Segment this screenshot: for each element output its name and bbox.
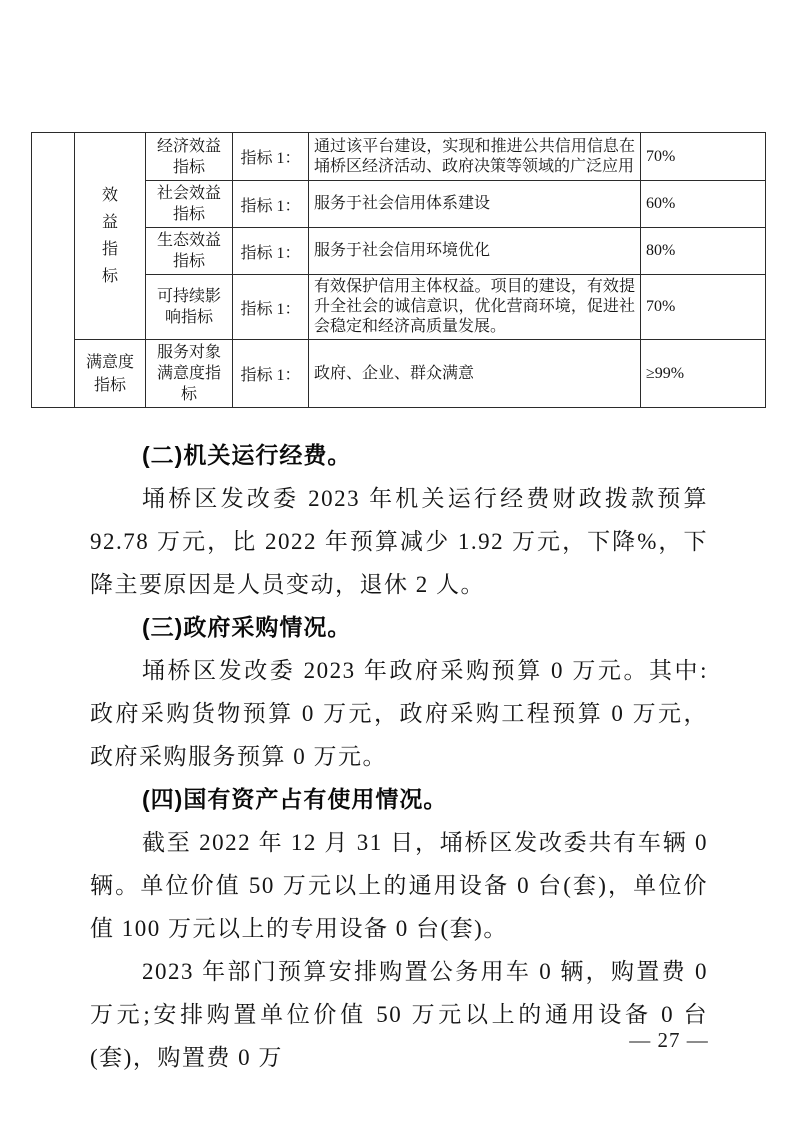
table-cell-value: 70% — [641, 133, 766, 181]
table-cell-value: 80% — [641, 228, 766, 275]
section-2-paragraph: 埇桥区发改委 2023 年机关运行经费财政拨款预算 92.78 万元，比 202… — [90, 477, 708, 606]
table-row: 效益指标 经济效益指标 指标 1： 通过该平台建设，实现和推进公共信用信息在埇桥… — [32, 133, 766, 181]
section-4-paragraph-1: 截至 2022 年 12 月 31 日，埇桥区发改委共有车辆 0 辆。单位价值 … — [90, 821, 708, 950]
table-cell-category: 可持续影响指标 — [146, 275, 233, 340]
table-row: 满意度指标 服务对象满意度指标 指标 1： 政府、企业、群众满意 ≥99% — [32, 340, 766, 408]
table-cell-value: 70% — [641, 275, 766, 340]
table-cell-category: 社会效益指标 — [146, 181, 233, 228]
performance-table: 效益指标 经济效益指标 指标 1： 通过该平台建设，实现和推进公共信用信息在埇桥… — [31, 132, 766, 408]
table-cell-value: ≥99% — [641, 340, 766, 408]
table-cell-blank-continuation — [32, 133, 75, 408]
benefit-group-label: 效益指标 — [101, 182, 119, 290]
satisfaction-group-label: 满意度指标 — [84, 351, 137, 397]
table-cell-indicator: 指标 1： — [233, 133, 309, 181]
document-body: (二)机关运行经费。 埇桥区发改委 2023 年机关运行经费财政拨款预算 92.… — [90, 434, 708, 1079]
document-page: 效益指标 经济效益指标 指标 1： 通过该平台建设，实现和推进公共信用信息在埇桥… — [0, 0, 793, 1122]
section-4-paragraph-2: 2023 年部门预算安排购置公务用车 0 辆，购置费 0 万元;安排购置单位价值… — [90, 950, 708, 1079]
table-cell-indicator: 指标 1： — [233, 228, 309, 275]
table-cell-satisfaction-group: 满意度指标 — [75, 340, 146, 408]
table-cell-description: 通过该平台建设，实现和推进公共信用信息在埇桥区经济活动、政府决策等领域的广泛应用 — [309, 133, 641, 181]
table-cell-benefit-group: 效益指标 — [75, 133, 146, 340]
section-heading-2: (二)机关运行经费。 — [90, 434, 708, 477]
table-cell-description: 政府、企业、群众满意 — [309, 340, 641, 408]
table-cell-category: 生态效益指标 — [146, 228, 233, 275]
table-cell-indicator: 指标 1： — [233, 275, 309, 340]
table-cell-description: 服务于社会信用体系建设 — [309, 181, 641, 228]
table-cell-category: 经济效益指标 — [146, 133, 233, 181]
table-cell-indicator: 指标 1： — [233, 181, 309, 228]
section-3-paragraph: 埇桥区发改委 2023 年政府采购预算 0 万元。其中:政府采购货物预算 0 万… — [90, 649, 708, 778]
table-cell-description: 有效保护信用主体权益。项目的建设，有效提升全社会的诚信意识，优化营商环境，促进社… — [309, 275, 641, 340]
table-cell-category: 服务对象满意度指标 — [146, 340, 233, 408]
table-cell-indicator: 指标 1： — [233, 340, 309, 408]
section-heading-4: (四)国有资产占有使用情况。 — [90, 778, 708, 821]
section-heading-3: (三)政府采购情况。 — [90, 606, 708, 649]
table-cell-value: 60% — [641, 181, 766, 228]
table-cell-description: 服务于社会信用环境优化 — [309, 228, 641, 275]
page-number: — 27 — — [614, 1028, 724, 1053]
